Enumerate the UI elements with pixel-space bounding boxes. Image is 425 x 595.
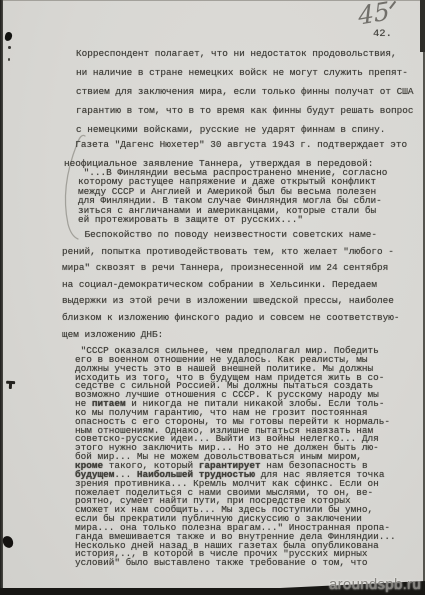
paragraph-correspondent: Корреспондент полагает, что ни недостато… — [76, 44, 414, 139]
pencil-tick-mark — [389, 1, 396, 9]
text-line: выдержки из этой речи в изложении шведск… — [62, 293, 400, 310]
scan-corner-top-right — [420, 0, 425, 52]
ink-cross-mark — [6, 381, 16, 390]
ink-dot-mark — [8, 46, 11, 49]
handwritten-page-number: 45 — [357, 0, 390, 31]
text-line: Беспокойство по поводу неизвестности сов… — [62, 227, 400, 244]
quote-block-finland-opinion: "...В Финляндии весьма распространено мн… — [78, 168, 387, 224]
text-line: рений, попытка противодействовать тем, к… — [62, 244, 400, 261]
ink-blot-mark — [2, 535, 14, 549]
text-line: гарантию в том, что в то время как финны… — [76, 101, 414, 120]
typed-page-number: 42. — [373, 28, 392, 40]
text-line: близком к изложению финского радио и сов… — [62, 310, 400, 327]
quote-block-tanner-speech: "СССР оказался сильнее, чем предполагал … — [75, 347, 396, 568]
ink-dot-mark — [8, 58, 10, 61]
ink-blot-mark — [4, 32, 12, 42]
text-line: Корреспондент полагает, что ни недостато… — [76, 44, 414, 63]
text-line: ни наличие в стране немецких войск не мо… — [76, 63, 414, 82]
text-line: мира" сквозят в речи Таннера, произнесен… — [62, 260, 400, 277]
ink-cross-stem — [9, 382, 12, 389]
text-line: на социал-демократическом собрании в Хел… — [62, 277, 400, 294]
paragraph-tanner-speech-intro: Беспокойство по поводу неизвестности сов… — [62, 227, 400, 343]
text-line: щем изложению ДНБ: — [62, 327, 400, 344]
text-line: условий" было выставлено также требовани… — [75, 559, 396, 568]
watermark: aroundspb.ru — [329, 576, 421, 593]
text-line: Газета "Дагенс Нюхетер" 30 августа 1943 … — [64, 135, 407, 154]
text-line: ей протежировать в защите от русских..." — [78, 215, 387, 224]
scanned-document-page: 45 42. Корреспондент полагает, что ни не… — [0, 0, 425, 595]
scan-edge-left — [0, 0, 3, 595]
text-line: ствием для заключения мира, если только … — [76, 82, 414, 101]
